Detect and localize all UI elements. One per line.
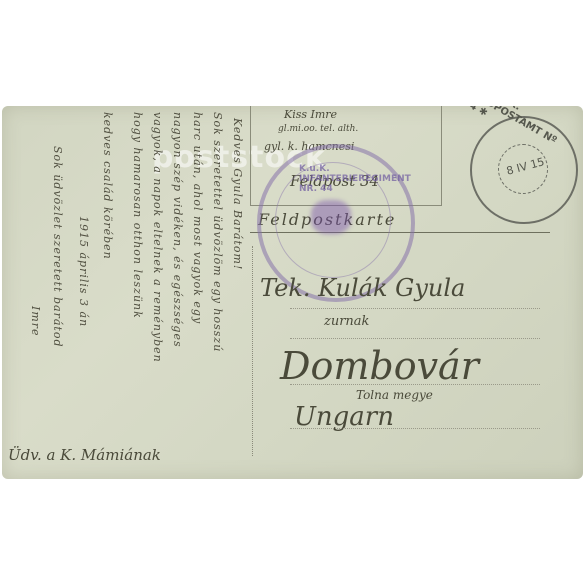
recipient-county: Tolna megye <box>356 388 433 402</box>
eagle-emblem-icon <box>311 200 351 234</box>
message-footer: Üdv. a K. Mámiának <box>8 446 161 464</box>
message-line: hogy hamarosan otthon leszünk <box>131 112 144 319</box>
message-address-divider <box>252 246 253 456</box>
message-line: Sok szeretettel üdvözlöm egy hosszú <box>211 112 224 352</box>
censor-stamp-text: K.u.K. INFANTERIEREGIMENT NR. 44 <box>299 164 411 194</box>
postcard: poststock Kiss Imre gl.mi.oo. tel. alth.… <box>2 106 583 479</box>
address-line-2 <box>290 338 540 339</box>
message-line: Sok üdvözlet szeretett barátod <box>51 146 64 348</box>
message-line: harc után, ahol most vagyok egy <box>191 112 204 324</box>
message-line: kedves család körében <box>101 112 114 260</box>
recipient-title: zurnak <box>324 314 369 329</box>
recipient-name: Tek. Kulák Gyula <box>260 274 465 302</box>
postmark: K.UND K. FELDPOSTAMT Nº 34 ✱ 8 IV 15 <box>470 116 578 224</box>
recipient-city: Dombovár <box>280 344 479 388</box>
address-line-4 <box>290 428 540 429</box>
sender-line-2: gl.mi.oo. tel. alth. <box>278 124 358 134</box>
message-line: Imre <box>29 306 42 337</box>
address-line-3 <box>290 384 540 385</box>
message-line: 1915 április 3 án <box>77 216 90 327</box>
address-line-1 <box>290 308 540 309</box>
sender-name: Kiss Imre <box>284 108 337 121</box>
message-line: vagyok, a napok eltelnek a reményben <box>151 112 164 363</box>
message-line: Kedves Gyula Barátom! <box>231 118 244 270</box>
message-line: nagyon szép vidéken, és egészséges <box>171 112 184 348</box>
